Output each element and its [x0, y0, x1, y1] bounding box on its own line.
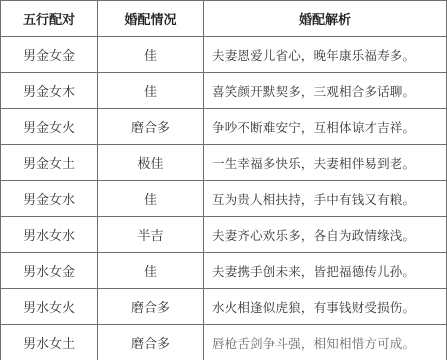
cell-status: 佳	[98, 73, 204, 109]
cell-analysis: 唇枪舌剑争斗强，相知相惜方可成。	[204, 325, 447, 360]
table-row: 男金女火 磨合多 争吵不断难安宁，互相体谅才吉祥。	[1, 109, 447, 145]
cell-analysis: 一生幸福多快乐，夫妻相伴易到老。	[204, 145, 447, 181]
cell-analysis: 互为贵人相扶持，手中有钱又有粮。	[204, 181, 447, 217]
cell-status: 佳	[98, 37, 204, 73]
cell-status: 极佳	[98, 145, 204, 181]
table-row: 男金女水 佳 互为贵人相扶持，手中有钱又有粮。	[1, 181, 447, 217]
table-row: 男金女金 佳 夫妻恩爱儿省心，晚年康乐福寿多。	[1, 37, 447, 73]
wuxing-marriage-table: 五行配对 婚配情况 婚配解析 男金女金 佳 夫妻恩爱儿省心，晚年康乐福寿多。 男…	[0, 0, 447, 359]
cell-pair: 男水女火	[1, 289, 98, 325]
cell-pair: 男金女火	[1, 109, 98, 145]
cell-status: 磨合多	[98, 109, 204, 145]
cell-pair: 男金女水	[1, 181, 98, 217]
cell-status: 磨合多	[98, 289, 204, 325]
header-analysis: 婚配解析	[204, 1, 447, 37]
cell-analysis: 夫妻恩爱儿省心，晚年康乐福寿多。	[204, 37, 447, 73]
cell-pair: 男金女土	[1, 145, 98, 181]
table-row: 男水女金 佳 夫妻携手创未来，皆把福德传儿孙。	[1, 253, 447, 289]
cell-analysis: 争吵不断难安宁，互相体谅才吉祥。	[204, 109, 447, 145]
cell-status: 半吉	[98, 217, 204, 253]
header-status: 婚配情况	[98, 1, 204, 37]
cell-pair: 男水女土	[1, 325, 98, 360]
table-row: 男水女土 磨合多 唇枪舌剑争斗强，相知相惜方可成。	[1, 325, 447, 360]
cell-pair: 男金女金	[1, 37, 98, 73]
cell-pair: 男水女金	[1, 253, 98, 289]
cell-pair: 男金女木	[1, 73, 98, 109]
cell-status: 佳	[98, 181, 204, 217]
header-pair: 五行配对	[1, 1, 98, 37]
cell-analysis: 夫妻齐心欢乐多，各自为政情缘浅。	[204, 217, 447, 253]
table-row: 男水女火 磨合多 水火相逢似虎狼，有事钱财受损伤。	[1, 289, 447, 325]
table-row: 男水女水 半吉 夫妻齐心欢乐多，各自为政情缘浅。	[1, 217, 447, 253]
table-header-row: 五行配对 婚配情况 婚配解析	[1, 1, 447, 37]
cell-analysis: 水火相逢似虎狼，有事钱财受损伤。	[204, 289, 447, 325]
table-row: 男金女土 极佳 一生幸福多快乐，夫妻相伴易到老。	[1, 145, 447, 181]
table-row: 男金女木 佳 喜笑颜开默契多，三观相合多话聊。	[1, 73, 447, 109]
cell-pair: 男水女水	[1, 217, 98, 253]
cell-analysis: 夫妻携手创未来，皆把福德传儿孙。	[204, 253, 447, 289]
cell-status: 佳	[98, 253, 204, 289]
cell-status: 磨合多	[98, 325, 204, 360]
cell-analysis: 喜笑颜开默契多，三观相合多话聊。	[204, 73, 447, 109]
